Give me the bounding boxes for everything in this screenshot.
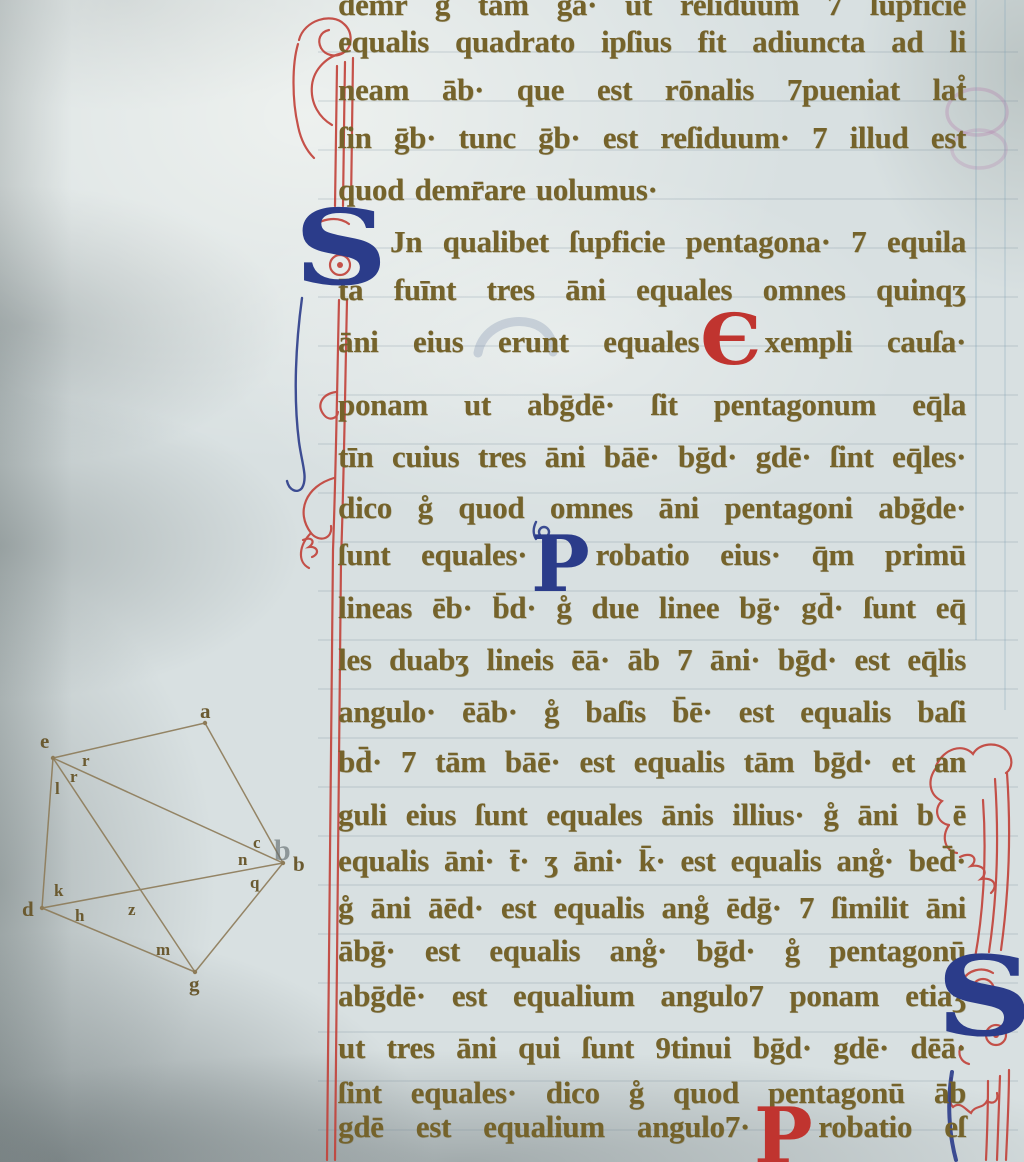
line-text: abḡdē· est equalium angulo7 ponam etiaʒ xyxy=(338,978,966,1013)
text-line-16: bd̄· 7 tām bāē· est equalis tām bḡd· et … xyxy=(338,742,966,784)
line-text: g̊ āni āēd· est equalis ang̊ ēdḡ· 7 ſimi… xyxy=(338,890,966,925)
line-text: gdē est equalium angulo7· xyxy=(338,1109,750,1144)
line-text: xempli cauſa· xyxy=(765,324,966,359)
line-text: ābḡ· est equalis ang̊· bḡd· g̊ pentagonū xyxy=(338,933,966,968)
text-line-21: abḡdē· est equalium angulo7 ponam etiaʒ xyxy=(338,976,966,1018)
line-text: robatio eius· q̄m primū xyxy=(596,537,966,572)
point-label-h: h xyxy=(75,906,85,925)
point-label-m: m xyxy=(156,940,170,959)
text-line-17: guli eius ſunt equales ānis illius· g̊ ā… xyxy=(338,795,966,837)
vertex-label-d: d xyxy=(22,897,34,921)
line-text: t̄a fuīnt tres āni equales omnes quinqʒ xyxy=(338,272,966,307)
decorated-initial-s-left: S xyxy=(294,196,388,300)
line-text: ſin ḡb· tunc ḡb· est reſiduum· 7 illud e… xyxy=(338,120,966,155)
text-line-9: ponam ut abḡdē· ſit pentagonum eq̄la xyxy=(338,385,966,427)
line-text: equalis āni· t̄· ʒ āni· k̄· est equalis … xyxy=(338,843,966,878)
ruling-verticals xyxy=(976,0,1005,710)
point-label-n: n xyxy=(238,850,248,869)
text-line-2: equalis quadrato ipſius fit adiuncta ad … xyxy=(338,22,966,64)
point-label-k: k xyxy=(54,881,64,900)
line-text: les duabʒ lineis ēā· āb 7 āni· bḡd· est … xyxy=(338,642,966,677)
point-label-z: z xyxy=(128,900,136,919)
line-text: bd̄· 7 tām bāē· est equalis tām bḡd· et … xyxy=(338,744,966,779)
line-text: angulo· ēāb· g̊ baſis b̄ē· est equalis b… xyxy=(338,694,966,729)
point-label-l: l xyxy=(55,779,60,798)
showthrough-letter-b: b xyxy=(274,834,291,868)
line-text: guli eius ſunt equales ānis illius· g̊ ā… xyxy=(338,797,966,832)
manuscript-page: a e b d g r r l c n q k h z m demr̄ g̊ t… xyxy=(0,0,1024,1162)
text-line-5: quod demr̄are uolumus· xyxy=(338,170,966,212)
point-label-r2: r xyxy=(70,767,78,786)
text-line-22: ut tres āni qui ſunt 9tinui bḡd· gdē· dē… xyxy=(338,1028,966,1070)
text-line-3: neam āb· que est rōnalis 7pueniat lat̊ xyxy=(338,70,966,112)
text-line-15: angulo· ēāb· g̊ baſis b̄ē· est equalis b… xyxy=(338,692,966,734)
line-text: āni eius erunt equales xyxy=(338,324,699,359)
line-text: robatio eſ xyxy=(818,1109,966,1144)
pentagon-diagram: a e b d g r r l c n q k h z m xyxy=(10,690,310,1000)
line-text: ſunt equales· xyxy=(338,537,527,572)
line-text: Jn qualibet ſupficie pentagona· 7 equila xyxy=(390,224,966,259)
vertex-label-e: e xyxy=(40,729,49,753)
text-line-4: ſin ḡb· tunc ḡb· est reſiduum· 7 illud e… xyxy=(338,118,966,160)
text-line-7: t̄a fuīnt tres āni equales omnes quinqʒ xyxy=(338,270,966,312)
text-line-13: lineas ēb· b̄d· g̊ due linee bḡ· gd̄· ſu… xyxy=(338,588,966,630)
text-line-11: dico g̊ quod omnes āni pentagoni abḡde· xyxy=(338,488,966,530)
text-line-10: tīn cuius tres āni bāē· bḡd· gdē· ſint e… xyxy=(338,437,966,479)
point-label-q: q xyxy=(250,873,260,892)
line-text: neam āb· que est rōnalis 7pueniat lat̊ xyxy=(338,72,966,107)
decorated-initial-s-right: S xyxy=(936,942,1024,1052)
point-label-c: c xyxy=(253,833,261,852)
vertex-label-b: b xyxy=(293,852,305,876)
text-line-18: equalis āni· t̄· ʒ āni· k̄· est equalis … xyxy=(338,841,966,883)
text-line-19: g̊ āni āēd· est equalis ang̊ ēdḡ· 7 ſimi… xyxy=(338,888,966,930)
line-text: ut tres āni qui ſunt 9tinui bḡd· gdē· dē… xyxy=(338,1030,966,1065)
line-text: equalis quadrato ipſius fit adiuncta ad … xyxy=(338,24,966,59)
pentagon-lines xyxy=(42,723,283,972)
text-line-24: gdē est equalium angulo7·Probatio eſ xyxy=(338,1107,966,1149)
text-line-8: āni eius erunt equalesЄxempli cauſa· xyxy=(338,322,966,364)
text-line-14: les duabʒ lineis ēā· āb 7 āni· bḡd· est … xyxy=(338,640,966,682)
line-text: demr̄ g̊ tam ga· ut reſiduum 7 ſupficie xyxy=(338,0,966,22)
text-line-20: ābḡ· est equalis ang̊· bḡd· g̊ pentagonū xyxy=(338,931,966,973)
line-text: ſint equales· dico g̊ quod pentagonū āb xyxy=(338,1075,966,1110)
text-line-12: ſunt equales·Probatio eius· q̄m primū xyxy=(338,535,966,577)
vertex-label-g: g xyxy=(189,972,200,996)
text-line-6: Jn qualibet ſupficie pentagona· 7 equila xyxy=(390,222,966,264)
line-text: tīn cuius tres āni bāē· bḡd· gdē· ſint e… xyxy=(338,439,966,474)
line-text: lineas ēb· b̄d· g̊ due linee bḡ· gd̄· ſu… xyxy=(338,590,966,625)
pentagon-labels: a e b d g r r l c n q k h z m xyxy=(22,699,305,996)
line-text: dico g̊ quod omnes āni pentagoni abḡde· xyxy=(338,490,966,525)
line-text: ponam ut abḡdē· ſit pentagonum eq̄la xyxy=(338,387,966,422)
vertex-label-a: a xyxy=(200,699,211,723)
point-label-r: r xyxy=(82,751,90,770)
